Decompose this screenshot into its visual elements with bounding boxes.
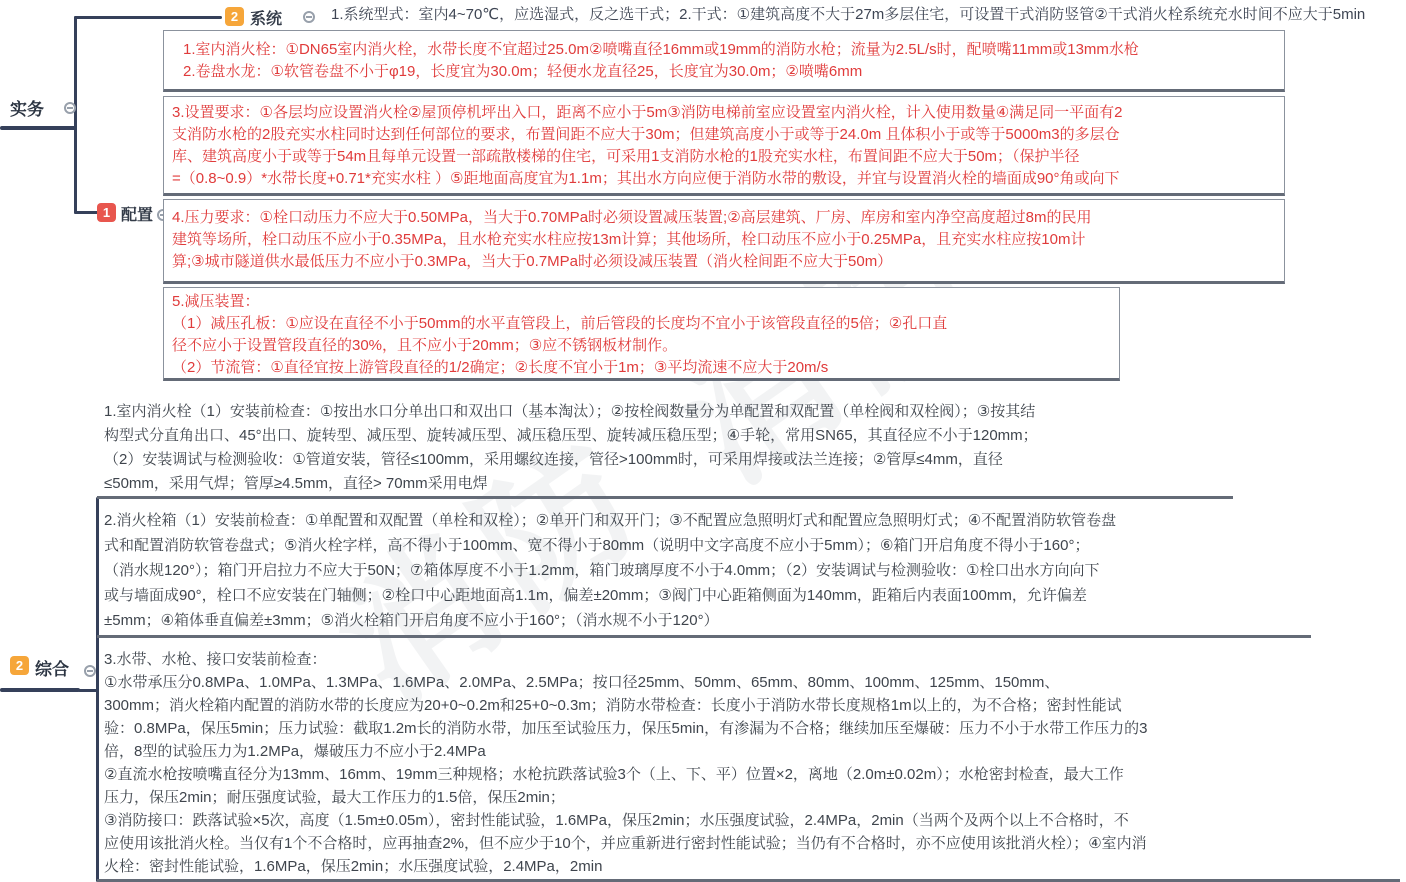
text-line: 1.室内消火栓：①DN65室内消火栓，水带长度不宜超过25.0m②喷嘴直径16m… bbox=[183, 39, 1274, 61]
text-line: 1.室内消火栓（1）安装前检查：①按出水口分单出口和双出口（基本淘汰）；②按栓阀… bbox=[104, 400, 1233, 424]
priority-badge: 1 bbox=[97, 203, 116, 222]
collapse-icon[interactable] bbox=[84, 665, 96, 677]
text-line: （1）减压孔板：①应设在直径不小于50mm的水平直管段上，前后管段的长度均不宜小… bbox=[172, 313, 1109, 335]
text-line: 算;③城市隧道供水最低压力不应小于0.3MPa，当大于0.7MPa时必须设减压装… bbox=[172, 251, 1274, 273]
text-line: 或与墙面成90°，栓口不应安装在门轴侧；②栓口中心距地面高1.1m，偏差±20m… bbox=[104, 583, 1311, 608]
branch-line bbox=[74, 16, 77, 214]
text-line: 2.卷盘水龙：①软管卷盘不小于φ19，长度宜为30.0m；轻便水龙直径25，长度… bbox=[183, 61, 1274, 83]
topic-shiwu[interactable]: 实务 bbox=[10, 95, 44, 120]
text-line: 4.压力要求：①栓口动压力不应大于0.50MPa，当大于0.70MPa时必须设置… bbox=[172, 207, 1274, 229]
collapse-icon[interactable] bbox=[303, 11, 315, 23]
topic-para-hydrant-box-check[interactable]: 2.消火栓箱（1）安装前检查：①单配置和双配置（单栓和双栓）；②单开门和双开门；… bbox=[97, 508, 1311, 638]
text-line: （消水规120°）；箱门开启拉力不应大于50N；⑦箱体厚度不小于1.2mm，箱门… bbox=[104, 558, 1311, 583]
text-line: 2.消火栓箱（1）安装前检查：①单配置和双配置（单栓和双栓）；②单开门和双开门；… bbox=[104, 508, 1311, 533]
collapse-icon[interactable] bbox=[64, 102, 76, 114]
topic-box-indoor-hydrant[interactable]: 1.室内消火栓：①DN65室内消火栓，水带长度不宜超过25.0m②喷嘴直径16m… bbox=[163, 30, 1285, 92]
text-line: =（0.8~0.9）*水带长度+0.71*充实水柱 ）⑤距地面高度宜为1.1m；… bbox=[172, 168, 1274, 190]
text-line: ②直流水枪按喷嘴直径分为13mm、16mm、19mm三种规格；水枪抗跌落试验3个… bbox=[104, 763, 1400, 786]
topic-peizhi[interactable]: 配置 bbox=[121, 202, 153, 225]
topic-box-setup-requirements[interactable]: 3.设置要求：①各层均应设置消火栓②屋顶停机坪出入口，距离不应小于5m③消防电梯… bbox=[163, 96, 1285, 196]
topic-box-pressure-reducing[interactable]: 5.减压装置： （1）减压孔板：①应设在直径不小于50mm的水平直管段上，前后管… bbox=[163, 287, 1120, 381]
text-line: 应使用该批消火栓。当仅有1个不合格时，应再抽查2%，但不应少于10个，并应重新进… bbox=[104, 832, 1400, 855]
text-line: （2）安装调试与检测验收：①管道安装，管径≤100mm，采用螺纹连接，管径>10… bbox=[104, 448, 1233, 472]
text-line: 300mm；消火栓箱内配置的消防水带的长度应为20+0~0.2m和25+0~0.… bbox=[104, 694, 1400, 717]
text-line: （2）节流管：①直径宜按上游管段直径的1/2确定；②长度不宜小于1m；③平均流速… bbox=[172, 357, 1109, 379]
topic-para-indoor-hydrant-check[interactable]: 1.室内消火栓（1）安装前检查：①按出水口分单出口和双出口（基本淘汰）；②按栓阀… bbox=[97, 400, 1233, 499]
topic-para-hose-nozzle-coupling-check[interactable]: 3.水带、水枪、接口安装前检查： ①水带承压分0.8MPa、1.0MPa、1.3… bbox=[97, 648, 1400, 882]
branch-line bbox=[0, 126, 77, 130]
branch-line bbox=[78, 689, 98, 692]
text-line: ±5mm；④箱体垂直偏差±3mm；⑤消火栓箱门开启角度不应小于160°；（消水规… bbox=[104, 608, 1311, 633]
text-line: 验：0.8MPa，保压5min；压力试验：截取1.2m长的消防水带，加压至试验压… bbox=[104, 717, 1400, 740]
mindmap-canvas: 消防 消防 实务 2 系统 1.系统型式：室内4~70℃，应选湿式，反之选干式；… bbox=[0, 0, 1406, 882]
text-line: 支消防水枪的2股充实水柱同时达到任何部位的要求，布置间距不应大于30m；但建筑高… bbox=[172, 124, 1274, 146]
text-line: 压力，保压2min；耐压强度试验，最大工作压力的1.5倍，保压2min； bbox=[104, 786, 1400, 809]
branch-line bbox=[74, 16, 222, 19]
text-line: 倍，8型的试验压力为1.2MPa，爆破压力不应小于2.4MPa bbox=[104, 740, 1400, 763]
branch-line bbox=[0, 688, 80, 692]
topic-xitong[interactable]: 系统 bbox=[250, 6, 282, 29]
text-line: ③消防接口：跌落试验×5次，高度（1.5m±0.05m），密封性能试验，1.6M… bbox=[104, 809, 1400, 832]
text-line: 径不应小于设置管段直径的30%，且不应小于20mm；③应不锈钢板材制作。 bbox=[172, 335, 1109, 357]
text-line: 3.水带、水枪、接口安装前检查： bbox=[104, 648, 1400, 671]
text-line: 库、建筑高度小于或等于54m且每单元设置一部疏散楼梯的住宅，可采用1支消防水枪的… bbox=[172, 146, 1274, 168]
text-line: 建筑等场所，栓口动压不应小于0.35MPa，且水枪充实水柱应按13m计算；其他场… bbox=[172, 229, 1274, 251]
topic-xitong-text[interactable]: 1.系统型式：室内4~70℃，应选湿式，反之选干式；2.干式：①建筑高度不大于2… bbox=[331, 5, 1365, 25]
text-line: ①水带承压分0.8MPa、1.0MPa、1.3MPa、1.6MPa、2.0MPa… bbox=[104, 671, 1400, 694]
text-line: 式和配置消防软管卷盘式；⑤消火栓字样，高不得小于100mm、宽不得小于80mm（… bbox=[104, 533, 1311, 558]
text-line: 火栓：密封性能试验，1.6MPa，保压2min；水压强度试验，2.4MPa，2m… bbox=[104, 855, 1400, 878]
text-line: 3.设置要求：①各层均应设置消火栓②屋顶停机坪出入口，距离不应小于5m③消防电梯… bbox=[172, 102, 1274, 124]
priority-badge: 2 bbox=[10, 656, 29, 675]
text-line: 5.减压装置： bbox=[172, 291, 1109, 313]
priority-badge: 2 bbox=[225, 7, 244, 26]
text-line: 构型式分直角出口、45°出口、旋转型、减压型、旋转减压型、减压稳压型、旋转减压稳… bbox=[104, 424, 1233, 448]
text-line: ≤50mm，采用气焊；管厚≥4.5mm，直径> 70mm采用电焊 bbox=[104, 472, 1233, 496]
topic-zonghe[interactable]: 综合 bbox=[35, 655, 69, 680]
topic-box-pressure-requirements[interactable]: 4.压力要求：①栓口动压力不应大于0.50MPa，当大于0.70MPa时必须设置… bbox=[163, 199, 1285, 284]
